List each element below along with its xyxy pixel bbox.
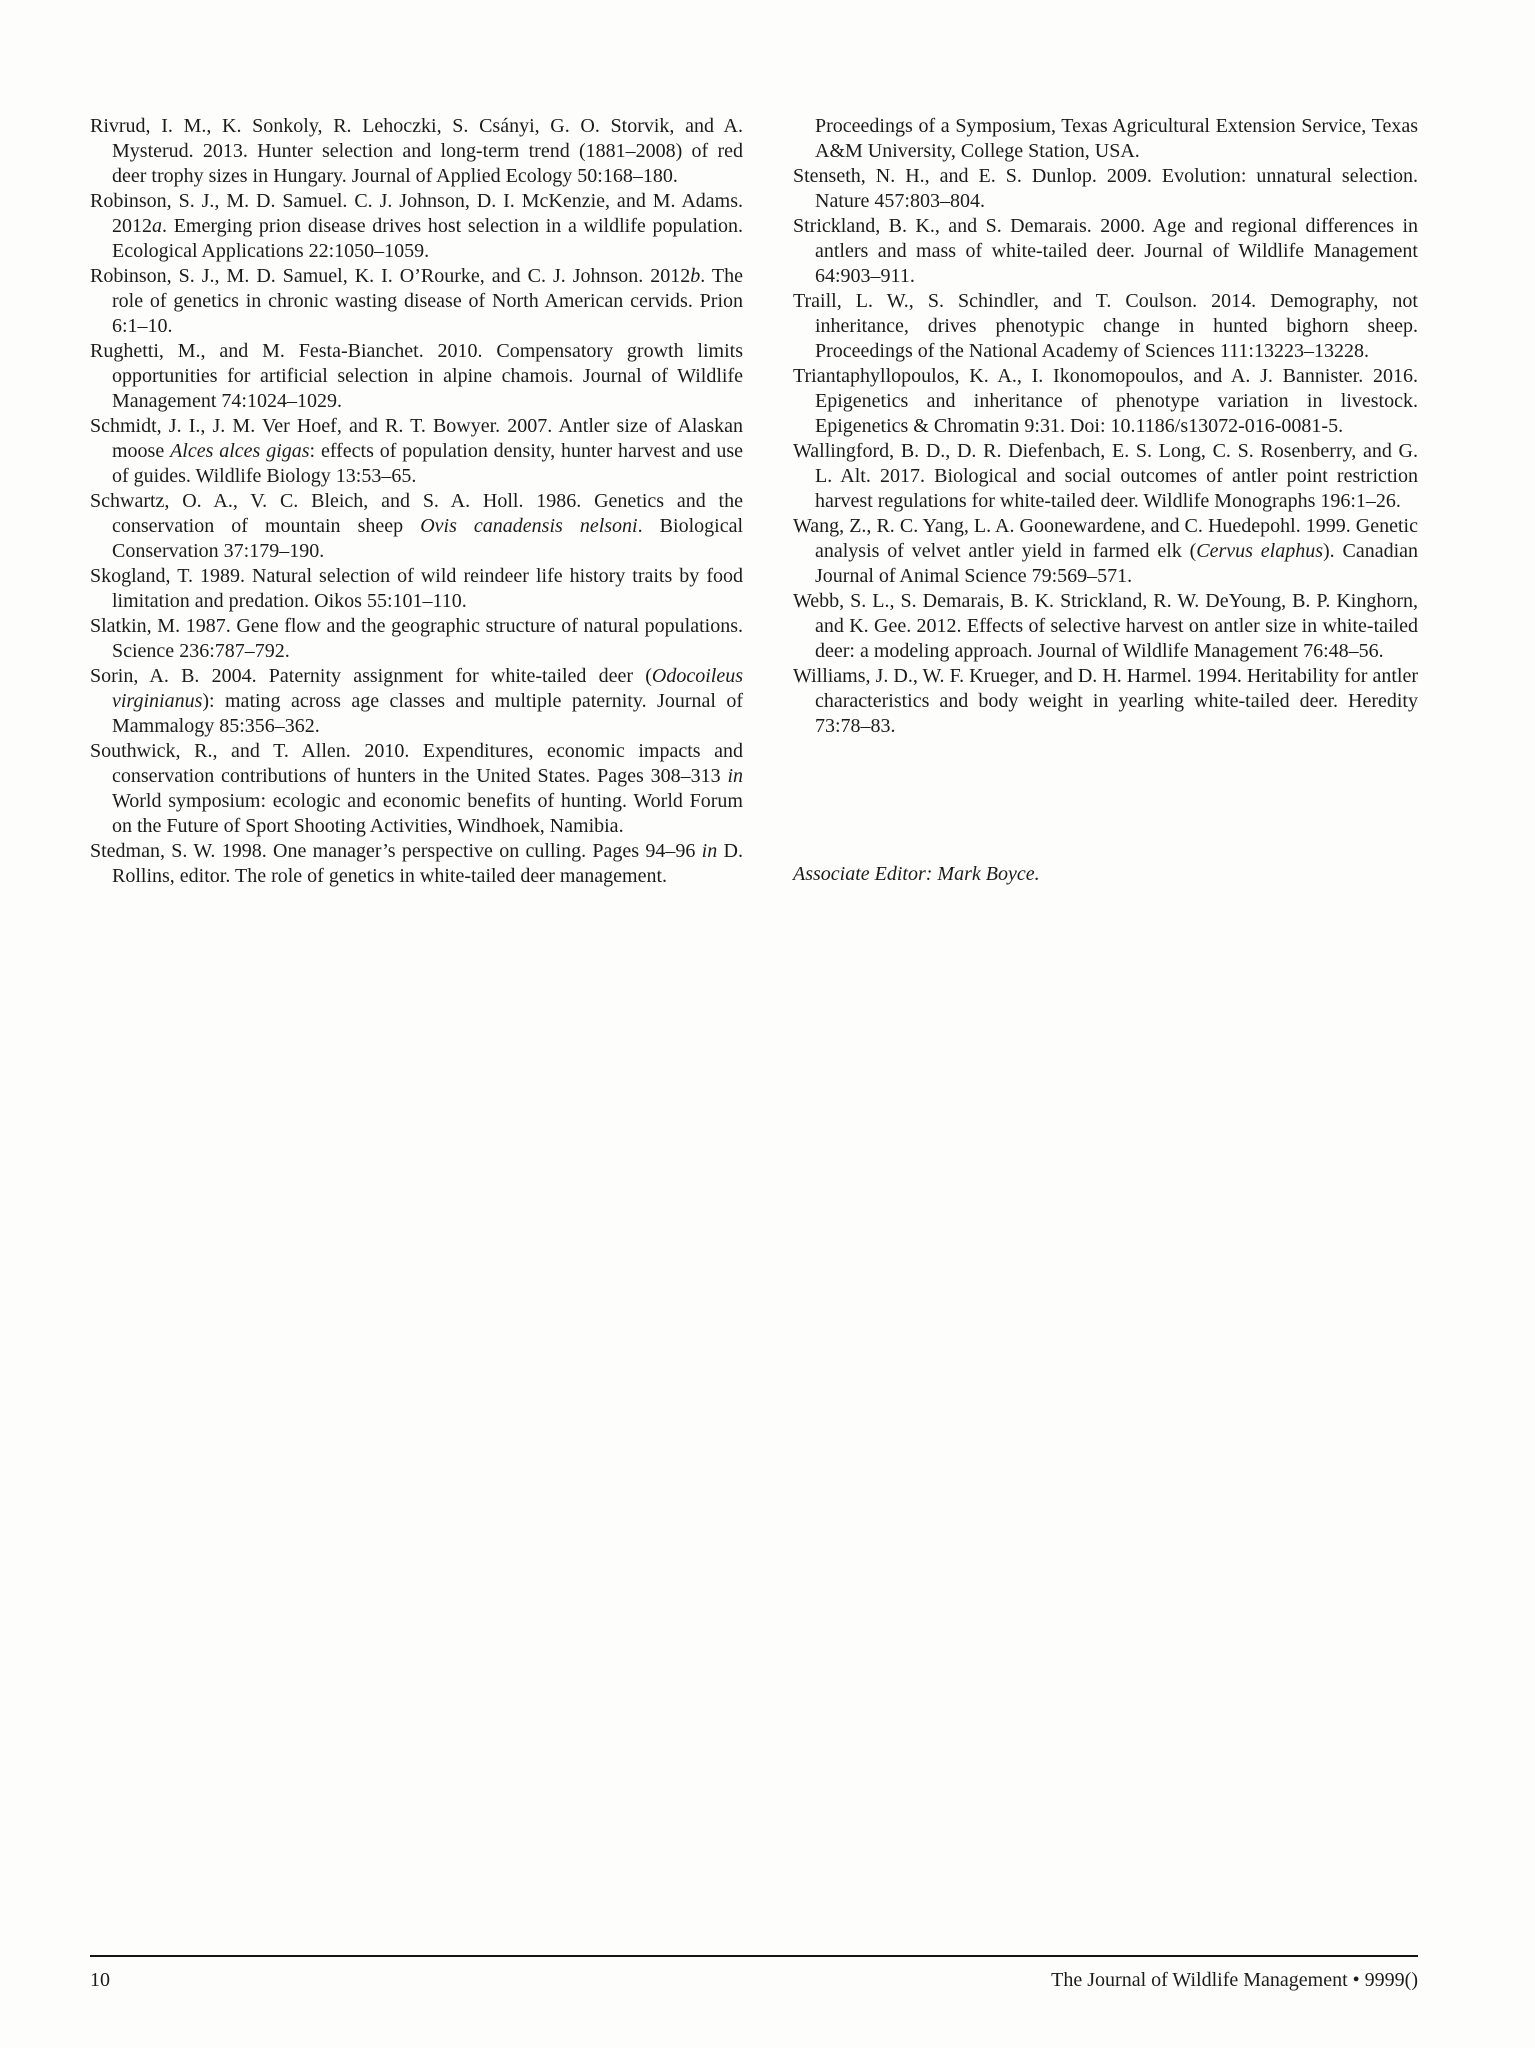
reference-entry-continuation: Proceedings of a Symposium, Texas Agricu…: [793, 114, 1418, 164]
reference-entry: Robinson, S. J., M. D. Samuel. C. J. Joh…: [90, 189, 743, 264]
reference-entry: Triantaphyllopoulos, K. A., I. Ikonomopo…: [793, 364, 1418, 439]
reference-text: Webb, S. L., S. Demarais, B. K. Strickla…: [793, 590, 1418, 662]
footer-rule: [90, 1955, 1418, 1957]
reference-entry: Stedman, S. W. 1998. One manager’s persp…: [90, 839, 743, 889]
page-number: 10: [90, 1968, 110, 1992]
reference-italic-text: b: [690, 265, 700, 287]
reference-entry: Robinson, S. J., M. D. Samuel, K. I. O’R…: [90, 264, 743, 339]
associate-editor-note: Associate Editor: Mark Boyce.: [793, 862, 1418, 887]
reference-text: Skogland, T. 1989. Natural selection of …: [90, 565, 743, 612]
journal-footer-line: The Journal of Wildlife Management • 999…: [1051, 1968, 1418, 1992]
reference-entry: Skogland, T. 1989. Natural selection of …: [90, 564, 743, 614]
references-section: Rivrud, I. M., K. Sonkoly, R. Lehoczki, …: [90, 114, 1418, 889]
reference-text: Proceedings of a Symposium, Texas Agricu…: [815, 115, 1418, 162]
reference-entry: Schwartz, O. A., V. C. Bleich, and S. A.…: [90, 489, 743, 564]
reference-italic-text: in: [702, 840, 718, 862]
reference-entry: Sorin, A. B. 2004. Paternity assignment …: [90, 664, 743, 739]
reference-text: Stedman, S. W. 1998. One manager’s persp…: [90, 840, 702, 862]
reference-text: . Emerging prion disease drives host sel…: [112, 215, 743, 262]
reference-entry: Rughetti, M., and M. Festa-Bianchet. 201…: [90, 339, 743, 414]
reference-entry: Webb, S. L., S. Demarais, B. K. Strickla…: [793, 589, 1418, 664]
reference-text: Wallingford, B. D., D. R. Diefenbach, E.…: [793, 440, 1418, 512]
references-column-right: Proceedings of a Symposium, Texas Agricu…: [793, 114, 1418, 889]
reference-text: Strickland, B. K., and S. Demarais. 2000…: [793, 215, 1418, 287]
reference-text: Robinson, S. J., M. D. Samuel, K. I. O’R…: [90, 265, 690, 287]
reference-entry: Rivrud, I. M., K. Sonkoly, R. Lehoczki, …: [90, 114, 743, 189]
reference-text: Sorin, A. B. 2004. Paternity assignment …: [90, 665, 652, 687]
reference-entry: Stenseth, N. H., and E. S. Dunlop. 2009.…: [793, 164, 1418, 214]
reference-italic-text: Alces alces gigas: [170, 440, 309, 462]
reference-entry: Wallingford, B. D., D. R. Diefenbach, E.…: [793, 439, 1418, 514]
reference-text: Rughetti, M., and M. Festa-Bianchet. 201…: [90, 340, 743, 412]
reference-text: Traill, L. W., S. Schindler, and T. Coul…: [793, 290, 1418, 362]
reference-entry: Traill, L. W., S. Schindler, and T. Coul…: [793, 289, 1418, 364]
footer-row: 10 The Journal of Wildlife Management • …: [90, 1968, 1418, 1992]
reference-text: ): mating across age classes and multipl…: [112, 690, 743, 737]
reference-text: World symposium: ecologic and economic b…: [112, 790, 743, 837]
reference-text: Slatkin, M. 1987. Gene flow and the geog…: [90, 615, 743, 662]
references-column-left: Rivrud, I. M., K. Sonkoly, R. Lehoczki, …: [90, 114, 743, 889]
page-footer: 10 The Journal of Wildlife Management • …: [90, 1955, 1418, 1992]
reference-entry: Williams, J. D., W. F. Krueger, and D. H…: [793, 664, 1418, 739]
reference-italic-text: Ovis canadensis nelsoni: [420, 515, 637, 537]
reference-entry: Wang, Z., R. C. Yang, L. A. Goonewardene…: [793, 514, 1418, 589]
reference-text: Rivrud, I. M., K. Sonkoly, R. Lehoczki, …: [90, 115, 743, 187]
reference-entry: Schmidt, J. I., J. M. Ver Hoef, and R. T…: [90, 414, 743, 489]
reference-italic-text: a: [152, 215, 162, 237]
reference-text: Williams, J. D., W. F. Krueger, and D. H…: [793, 665, 1418, 737]
reference-text: Stenseth, N. H., and E. S. Dunlop. 2009.…: [793, 165, 1418, 212]
reference-italic-text: Cervus elaphus: [1196, 540, 1323, 562]
reference-italic-text: in: [727, 765, 743, 787]
reference-text: Triantaphyllopoulos, K. A., I. Ikonomopo…: [793, 365, 1418, 437]
reference-entry: Slatkin, M. 1987. Gene flow and the geog…: [90, 614, 743, 664]
reference-entry: Southwick, R., and T. Allen. 2010. Expen…: [90, 739, 743, 839]
journal-page: Rivrud, I. M., K. Sonkoly, R. Lehoczki, …: [0, 0, 1535, 2048]
reference-entry: Strickland, B. K., and S. Demarais. 2000…: [793, 214, 1418, 289]
reference-text: Southwick, R., and T. Allen. 2010. Expen…: [90, 740, 743, 787]
